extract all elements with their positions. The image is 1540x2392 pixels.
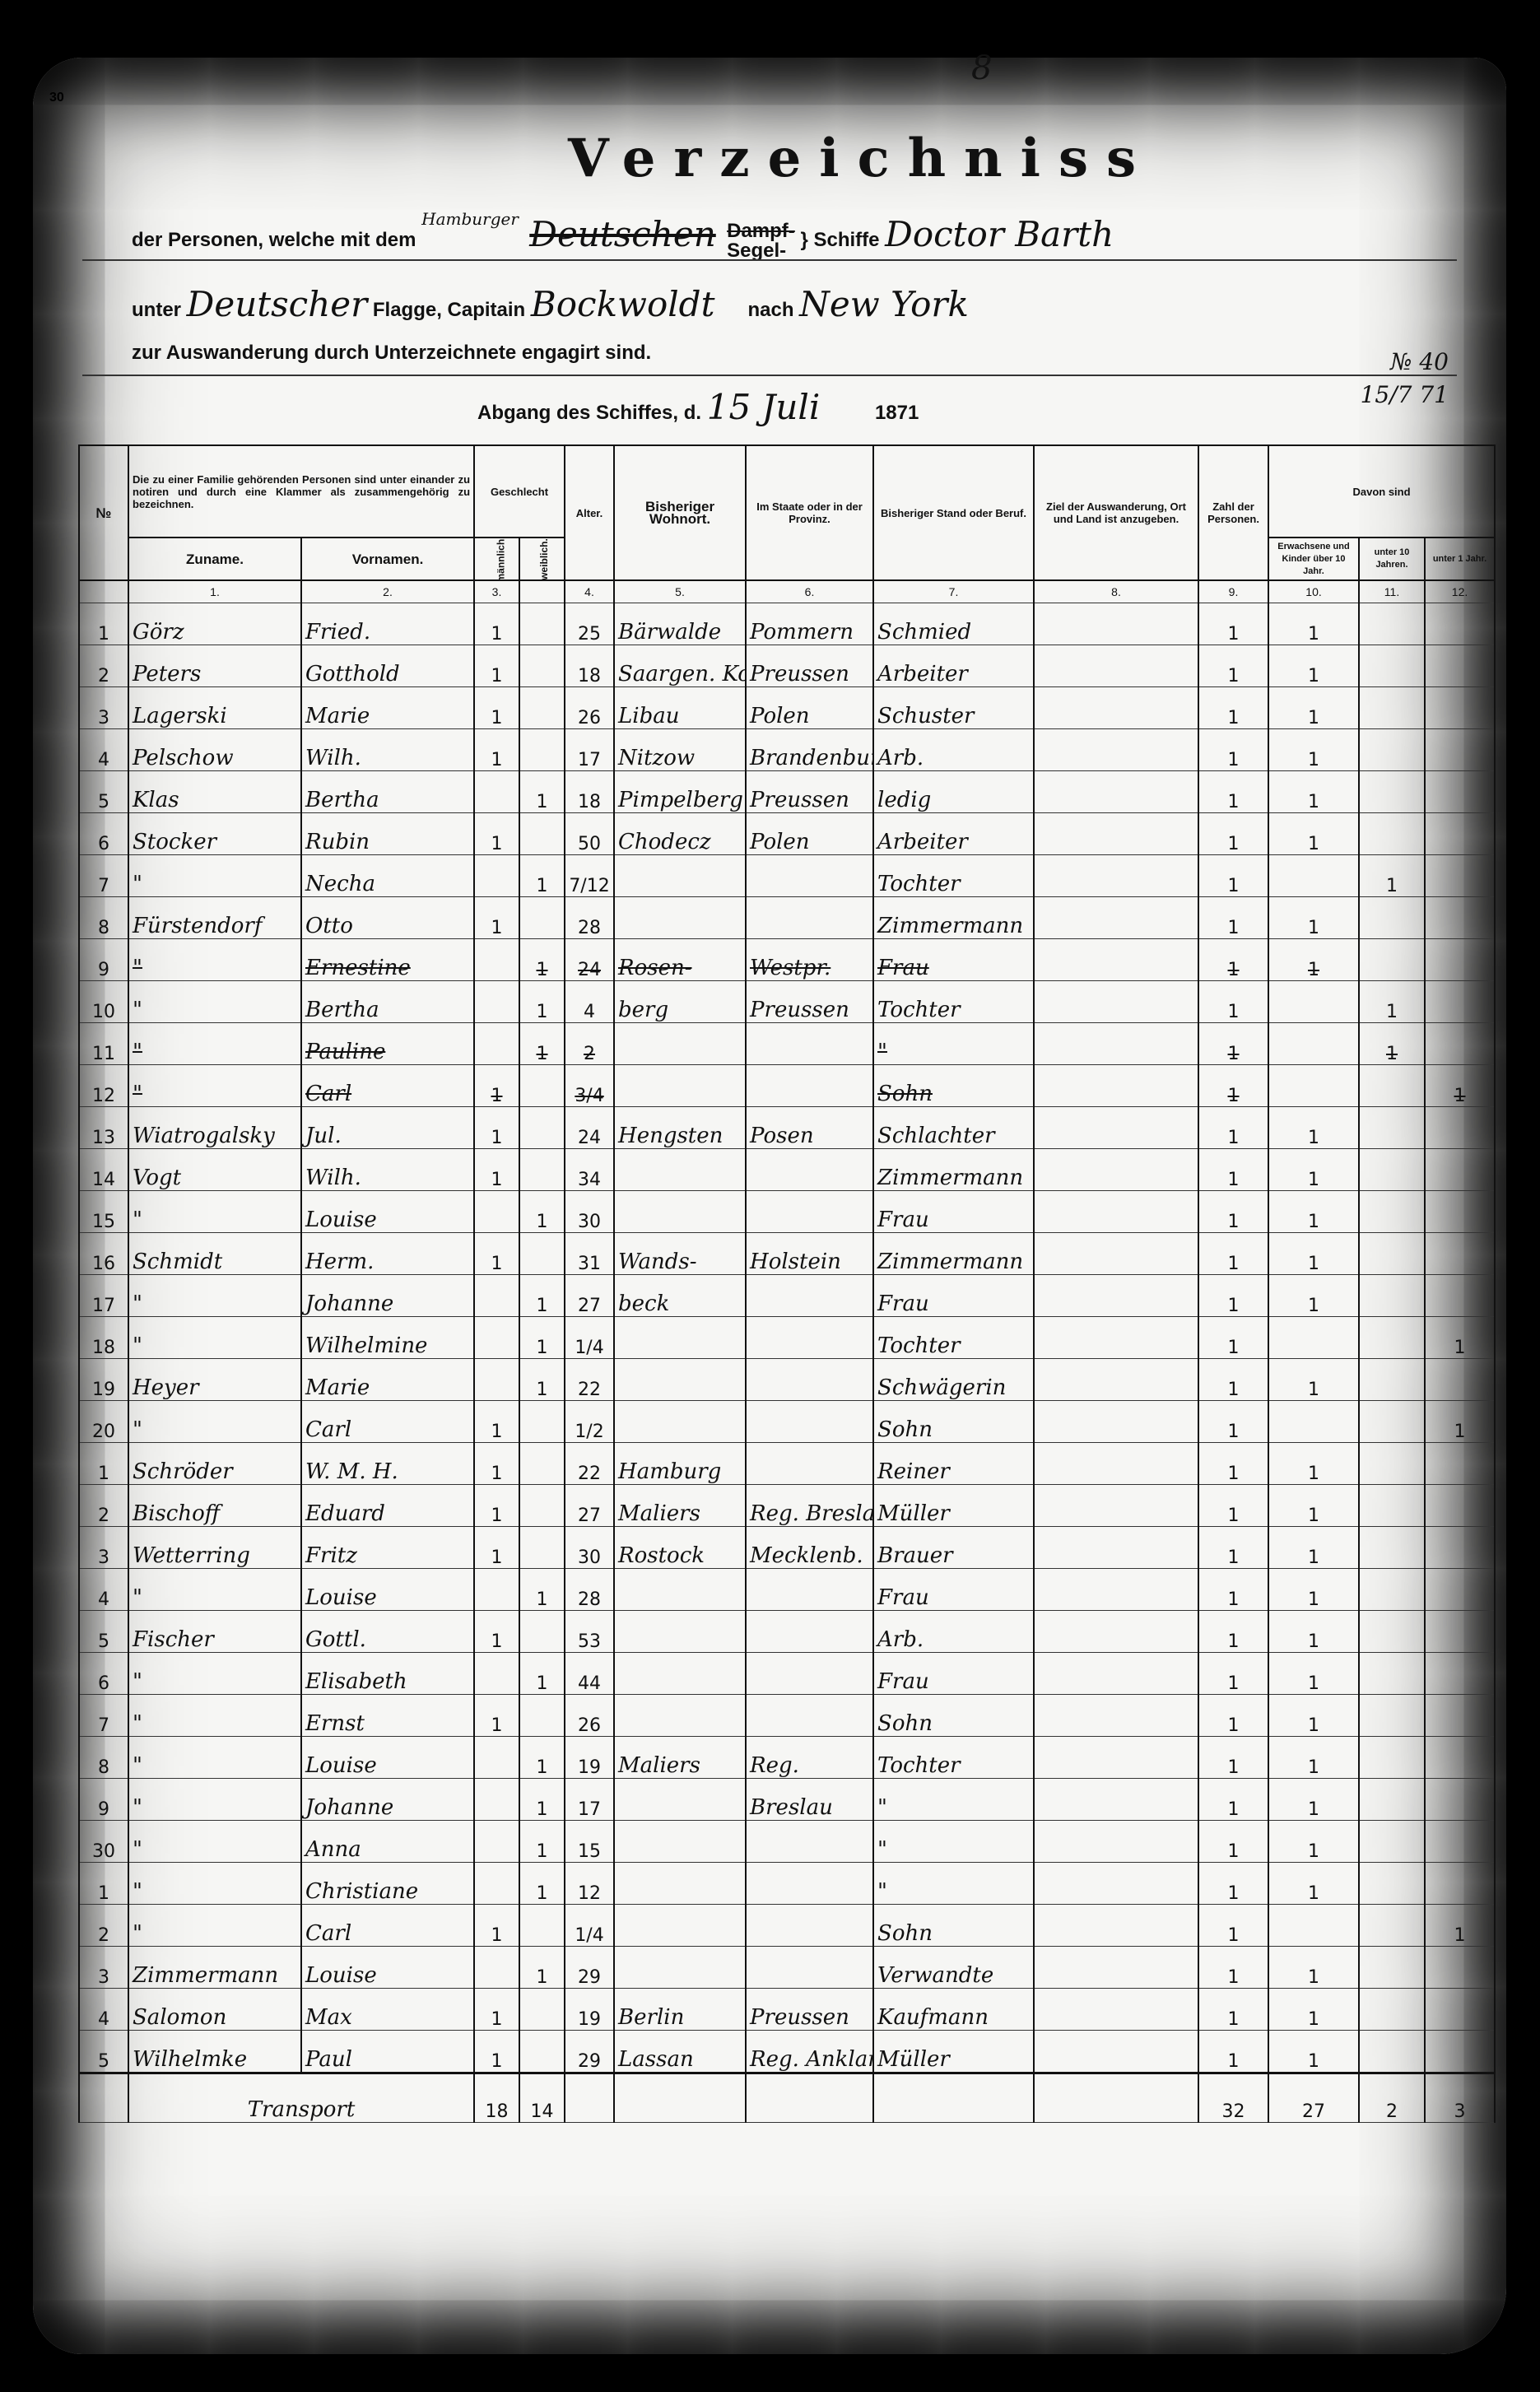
row-number: 7 xyxy=(79,1695,128,1737)
adults-count xyxy=(1268,1023,1359,1065)
age: 44 xyxy=(565,1653,614,1695)
row-number: 1 xyxy=(79,1443,128,1485)
under10-count xyxy=(1359,939,1425,981)
row-number: 9 xyxy=(79,1779,128,1821)
female-mark: 1 xyxy=(519,1359,565,1401)
age: 29 xyxy=(565,2031,614,2073)
under1-count xyxy=(1425,1569,1495,1611)
transport-label: Transport xyxy=(128,2073,474,2123)
under1-count xyxy=(1425,897,1495,939)
person-count: 1 xyxy=(1198,1653,1268,1695)
male-mark xyxy=(474,1275,519,1317)
row-number: 4 xyxy=(79,1989,128,2031)
surname: " xyxy=(128,1191,301,1233)
under1-count xyxy=(1425,1023,1495,1065)
female-mark: 1 xyxy=(519,1191,565,1233)
under10-count xyxy=(1359,1065,1425,1107)
under1-count xyxy=(1425,645,1495,687)
under1-count xyxy=(1425,2031,1495,2073)
ship-line: der Personen, welche mit dem Hamburger D… xyxy=(132,214,1114,261)
state xyxy=(746,1905,873,1947)
state: Breslau xyxy=(746,1779,873,1821)
age: 7/12 xyxy=(565,855,614,897)
under1-count xyxy=(1425,1359,1495,1401)
given-name: Louise xyxy=(301,1191,474,1233)
destination xyxy=(1034,1233,1198,1275)
given-name: Fritz xyxy=(301,1527,474,1569)
person-count: 1 xyxy=(1198,1233,1268,1275)
state: Polen xyxy=(746,687,873,729)
occupation: Sohn xyxy=(873,1065,1034,1107)
occupation: Schwägerin xyxy=(873,1359,1034,1401)
col-residence: Bisheriger Wohnort. xyxy=(614,445,746,580)
person-count: 1 xyxy=(1198,645,1268,687)
surname: " xyxy=(128,1401,301,1443)
col-occupation: Bisheriger Stand oder Beruf. xyxy=(873,445,1034,580)
destination-port: New York xyxy=(799,284,969,324)
table-row: 9"Johanne117Breslau"11 xyxy=(79,1779,1495,1821)
row-number: 2 xyxy=(79,645,128,687)
person-count: 1 xyxy=(1198,1065,1268,1107)
occupation: Schuster xyxy=(873,687,1034,729)
adults-count: 1 xyxy=(1268,687,1359,729)
surname: " xyxy=(128,1023,301,1065)
table-row: 1SchröderW. M. H.122HamburgReiner11 xyxy=(79,1443,1495,1485)
male-mark: 1 xyxy=(474,1443,519,1485)
destination xyxy=(1034,645,1198,687)
departure-date: 15 Juli xyxy=(707,387,821,427)
reference-note: № 40 15/7 71 xyxy=(1361,346,1449,412)
destination xyxy=(1034,1317,1198,1359)
adults-count xyxy=(1268,855,1359,897)
person-count: 1 xyxy=(1198,1863,1268,1905)
given-name: Johanne xyxy=(301,1779,474,1821)
age: 19 xyxy=(565,1737,614,1779)
flag-value: Deutscher xyxy=(187,284,368,324)
surname: " xyxy=(128,1821,301,1863)
under10-count xyxy=(1359,1863,1425,1905)
person-count: 1 xyxy=(1198,1569,1268,1611)
male-mark: 1 xyxy=(474,1989,519,2031)
residence xyxy=(614,1569,746,1611)
destination xyxy=(1034,939,1198,981)
surname: Görz xyxy=(128,603,301,645)
table-row: 9"Ernestine124Rosen-Westpr.Frau11 xyxy=(79,939,1495,981)
under1-count xyxy=(1425,771,1495,813)
residence: Libau xyxy=(614,687,746,729)
male-mark xyxy=(474,1737,519,1779)
female-mark xyxy=(519,1401,565,1443)
adults-count: 1 xyxy=(1268,1863,1359,1905)
age: 29 xyxy=(565,1947,614,1989)
adults-count: 1 xyxy=(1268,1947,1359,1989)
surname: Lagerski xyxy=(128,687,301,729)
under1-count xyxy=(1425,1611,1495,1653)
male-mark: 1 xyxy=(474,1611,519,1653)
male-mark xyxy=(474,1191,519,1233)
under1-count xyxy=(1425,1779,1495,1821)
female-mark: 1 xyxy=(519,1317,565,1359)
destination xyxy=(1034,1695,1198,1737)
row-number: 12 xyxy=(79,1065,128,1107)
given-name: Wilh. xyxy=(301,1149,474,1191)
residence: berg xyxy=(614,981,746,1023)
surname: " xyxy=(128,1317,301,1359)
female-mark: 1 xyxy=(519,771,565,813)
row-number: 10 xyxy=(79,981,128,1023)
state xyxy=(746,1359,873,1401)
female-mark xyxy=(519,1233,565,1275)
destination xyxy=(1034,813,1198,855)
passenger-rows: 1GörzFried.125BärwaldePommernSchmied112P… xyxy=(79,603,1495,2073)
surname: Salomon xyxy=(128,1989,301,2031)
state: Westpr. xyxy=(746,939,873,981)
destination xyxy=(1034,1359,1198,1401)
female-mark: 1 xyxy=(519,855,565,897)
occupation: Tochter xyxy=(873,1737,1034,1779)
destination xyxy=(1034,1107,1198,1149)
residence xyxy=(614,1695,746,1737)
destination xyxy=(1034,603,1198,645)
occupation: Arbeiter xyxy=(873,813,1034,855)
column-number-row: 1.2. 3.4. 5.6.7. 8.9.10. 11.12. xyxy=(79,580,1495,603)
destination xyxy=(1034,1611,1198,1653)
under1-count xyxy=(1425,1233,1495,1275)
row-number: 4 xyxy=(79,729,128,771)
residence xyxy=(614,1821,746,1863)
table-row: 30"Anna115"11 xyxy=(79,1821,1495,1863)
under10-count xyxy=(1359,1737,1425,1779)
under1-count xyxy=(1425,1947,1495,1989)
age: 27 xyxy=(565,1275,614,1317)
residence: Maliers xyxy=(614,1485,746,1527)
under10-count xyxy=(1359,1233,1425,1275)
ship-line-prefix: der Personen, welche mit dem xyxy=(132,229,416,251)
col-female: weiblich. xyxy=(519,538,565,580)
under10-count xyxy=(1359,771,1425,813)
person-count: 1 xyxy=(1198,2031,1268,2073)
row-number: 6 xyxy=(79,1653,128,1695)
under10-count xyxy=(1359,1905,1425,1947)
col-state: Im Staate oder in der Provinz. xyxy=(746,445,873,580)
person-count: 1 xyxy=(1198,1989,1268,2031)
flag-line: unter Deutscher Flagge, Capitain Bockwol… xyxy=(132,284,969,324)
destination xyxy=(1034,687,1198,729)
table-row: 18"Wilhelmine11/4Tochter11 xyxy=(79,1317,1495,1359)
surname: Schmidt xyxy=(128,1233,301,1275)
person-count: 1 xyxy=(1198,771,1268,813)
row-number: 3 xyxy=(79,1947,128,1989)
state xyxy=(746,897,873,939)
state xyxy=(746,1653,873,1695)
destination xyxy=(1034,1569,1198,1611)
occupation: Müller xyxy=(873,2031,1034,2073)
under10-count xyxy=(1359,1443,1425,1485)
table-row: 3ZimmermannLouise129Verwandte11 xyxy=(79,1947,1495,1989)
female-mark: 1 xyxy=(519,981,565,1023)
adults-count: 1 xyxy=(1268,1779,1359,1821)
adults-count xyxy=(1268,1065,1359,1107)
person-count: 1 xyxy=(1198,1905,1268,1947)
row-number: 3 xyxy=(79,687,128,729)
male-mark xyxy=(474,1653,519,1695)
under10-count xyxy=(1359,1821,1425,1863)
under10-count xyxy=(1359,2031,1425,2073)
passenger-register-table: № Die zu einer Familie gehörenden Person… xyxy=(78,444,1496,2123)
under10-count xyxy=(1359,1527,1425,1569)
state xyxy=(746,1947,873,1989)
male-mark: 1 xyxy=(474,729,519,771)
occupation: Arb. xyxy=(873,729,1034,771)
age: 17 xyxy=(565,1779,614,1821)
residence xyxy=(614,1653,746,1695)
destination xyxy=(1034,855,1198,897)
person-count: 1 xyxy=(1198,1695,1268,1737)
given-name: Jul. xyxy=(301,1107,474,1149)
under1-count xyxy=(1425,1443,1495,1485)
adults-count: 1 xyxy=(1268,1149,1359,1191)
under1-count xyxy=(1425,1821,1495,1863)
person-count: 1 xyxy=(1198,1737,1268,1779)
under1-count xyxy=(1425,1863,1495,1905)
residence: Bärwalde xyxy=(614,603,746,645)
age: 18 xyxy=(565,645,614,687)
adults-count: 1 xyxy=(1268,729,1359,771)
male-mark: 1 xyxy=(474,1527,519,1569)
age: 1/4 xyxy=(565,1317,614,1359)
female-mark xyxy=(519,1695,565,1737)
female-mark: 1 xyxy=(519,1779,565,1821)
under10-count xyxy=(1359,645,1425,687)
state: Reg. Anklam xyxy=(746,2031,873,2073)
male-mark xyxy=(474,1317,519,1359)
state xyxy=(746,1317,873,1359)
destination xyxy=(1034,981,1198,1023)
female-mark xyxy=(519,1149,565,1191)
total-female: 14 xyxy=(519,2073,565,2123)
destination xyxy=(1034,729,1198,771)
destination xyxy=(1034,1779,1198,1821)
adults-count: 1 xyxy=(1268,1989,1359,2031)
surname: " xyxy=(128,1065,301,1107)
row-number: 6 xyxy=(79,813,128,855)
residence xyxy=(614,855,746,897)
departure-year: 1871 xyxy=(875,402,919,424)
given-name: Elisabeth xyxy=(301,1653,474,1695)
surname: Fischer xyxy=(128,1611,301,1653)
person-count: 1 xyxy=(1198,1191,1268,1233)
header-rule xyxy=(82,259,1457,261)
state: Reg. xyxy=(746,1737,873,1779)
under1-count xyxy=(1425,1653,1495,1695)
row-number: 1 xyxy=(79,603,128,645)
given-name: Otto xyxy=(301,897,474,939)
occupation: Schmied xyxy=(873,603,1034,645)
destination xyxy=(1034,1443,1198,1485)
under10-count: 1 xyxy=(1359,855,1425,897)
page-number: 30 xyxy=(49,91,64,105)
state: Preussen xyxy=(746,771,873,813)
surname: " xyxy=(128,1275,301,1317)
state xyxy=(746,1275,873,1317)
age: 30 xyxy=(565,1527,614,1569)
table-row: 11"Pauline12"11 xyxy=(79,1023,1495,1065)
destination xyxy=(1034,1905,1198,1947)
given-name: Louise xyxy=(301,1569,474,1611)
under10-count xyxy=(1359,1569,1425,1611)
person-count: 1 xyxy=(1198,1611,1268,1653)
residence: Berlin xyxy=(614,1989,746,2031)
occupation: Kaufmann xyxy=(873,1989,1034,2031)
occupation: Zimmermann xyxy=(873,1149,1034,1191)
age: 1/4 xyxy=(565,1905,614,1947)
table-row: 8FürstendorfOtto128Zimmermann11 xyxy=(79,897,1495,939)
state: Posen xyxy=(746,1107,873,1149)
header-rule-2 xyxy=(82,375,1457,376)
given-name: W. M. H. xyxy=(301,1443,474,1485)
adults-count: 1 xyxy=(1268,1275,1359,1317)
under1-count xyxy=(1425,1737,1495,1779)
female-mark xyxy=(519,1611,565,1653)
occupation: Reiner xyxy=(873,1443,1034,1485)
age: 50 xyxy=(565,813,614,855)
occupation: Verwandte xyxy=(873,1947,1034,1989)
residence xyxy=(614,1149,746,1191)
surname: " xyxy=(128,1695,301,1737)
top-mark: 8 xyxy=(971,49,992,87)
destination xyxy=(1034,1401,1198,1443)
under10-count xyxy=(1359,813,1425,855)
residence xyxy=(614,1065,746,1107)
surname: Wilhelmke xyxy=(128,2031,301,2073)
female-mark xyxy=(519,2031,565,2073)
under10-count xyxy=(1359,1485,1425,1527)
adults-count xyxy=(1268,1401,1359,1443)
under1-count: 1 xyxy=(1425,1905,1495,1947)
person-count: 1 xyxy=(1198,1275,1268,1317)
under10-count xyxy=(1359,687,1425,729)
under10-count xyxy=(1359,1779,1425,1821)
age: 28 xyxy=(565,897,614,939)
col-family-note: Die zu einer Familie gehörenden Personen… xyxy=(128,445,474,538)
state: Polen xyxy=(746,813,873,855)
occupation: Tochter xyxy=(873,855,1034,897)
table-row: 5WilhelmkePaul129LassanReg. AnklamMüller… xyxy=(79,2031,1495,2073)
adults-count xyxy=(1268,1905,1359,1947)
female-mark: 1 xyxy=(519,1863,565,1905)
row-number: 9 xyxy=(79,939,128,981)
male-mark xyxy=(474,1569,519,1611)
state xyxy=(746,1149,873,1191)
row-number: 8 xyxy=(79,897,128,939)
row-number: 5 xyxy=(79,2031,128,2073)
female-mark: 1 xyxy=(519,1821,565,1863)
given-name: Johanne xyxy=(301,1275,474,1317)
given-name: Anna xyxy=(301,1821,474,1863)
adults-count: 1 xyxy=(1268,1821,1359,1863)
male-mark xyxy=(474,981,519,1023)
residence xyxy=(614,1863,746,1905)
residence xyxy=(614,1905,746,1947)
state xyxy=(746,1821,873,1863)
under10-count xyxy=(1359,1989,1425,2031)
row-number: 20 xyxy=(79,1401,128,1443)
surname: Wetterring xyxy=(128,1527,301,1569)
residence xyxy=(614,1023,746,1065)
state: Mecklenb. xyxy=(746,1527,873,1569)
surname: " xyxy=(128,855,301,897)
surname: Zimmermann xyxy=(128,1947,301,1989)
person-count: 1 xyxy=(1198,1443,1268,1485)
surname: Peters xyxy=(128,645,301,687)
person-count: 1 xyxy=(1198,1947,1268,1989)
given-name: Wilh. xyxy=(301,729,474,771)
row-number: 15 xyxy=(79,1191,128,1233)
ship-type-options: Dampf- Segel- xyxy=(727,221,795,261)
adults-count: 1 xyxy=(1268,1191,1359,1233)
occupation: Brauer xyxy=(873,1527,1034,1569)
age: 22 xyxy=(565,1359,614,1401)
occupation: Schlachter xyxy=(873,1107,1034,1149)
occupation: Zimmermann xyxy=(873,897,1034,939)
under10-count xyxy=(1359,1695,1425,1737)
occupation: " xyxy=(873,1821,1034,1863)
adults-count: 1 xyxy=(1268,645,1359,687)
document-title: Verzeichniss xyxy=(568,128,1154,189)
surname: " xyxy=(128,1569,301,1611)
under1-count: 1 xyxy=(1425,1065,1495,1107)
row-number: 16 xyxy=(79,1233,128,1275)
female-mark: 1 xyxy=(519,1737,565,1779)
residence: Hengsten xyxy=(614,1107,746,1149)
under1-count xyxy=(1425,1485,1495,1527)
state xyxy=(746,1611,873,1653)
row-number: 5 xyxy=(79,1611,128,1653)
under1-count xyxy=(1425,1695,1495,1737)
female-mark xyxy=(519,813,565,855)
female-mark xyxy=(519,1905,565,1947)
col-surname: Zuname. xyxy=(128,538,301,580)
occupation: Sohn xyxy=(873,1401,1034,1443)
transport-total-row: Transport 18 14 32 27 2 3 xyxy=(79,2073,1495,2123)
col-under1: unter 1 Jahr. xyxy=(1425,538,1495,580)
table-row: 10"Bertha14bergPreussenTochter11 xyxy=(79,981,1495,1023)
surname: " xyxy=(128,1737,301,1779)
table-row: 4PelschowWilh.117NitzowBrandenburgArb.11 xyxy=(79,729,1495,771)
destination xyxy=(1034,1527,1198,1569)
person-count: 1 xyxy=(1198,603,1268,645)
state xyxy=(746,1569,873,1611)
male-mark: 1 xyxy=(474,813,519,855)
table-row: 2"Carl11/4Sohn11 xyxy=(79,1905,1495,1947)
residence: Chodecz xyxy=(614,813,746,855)
under1-count xyxy=(1425,729,1495,771)
adults-count: 1 xyxy=(1268,603,1359,645)
under10-count xyxy=(1359,729,1425,771)
given-name: Gottl. xyxy=(301,1611,474,1653)
col-age: Alter. xyxy=(565,445,614,580)
destination xyxy=(1034,1191,1198,1233)
state xyxy=(746,1191,873,1233)
surname: " xyxy=(128,1905,301,1947)
age: 27 xyxy=(565,1485,614,1527)
col-given: Vornamen. xyxy=(301,538,474,580)
residence xyxy=(614,1359,746,1401)
age: 22 xyxy=(565,1443,614,1485)
register-page: 30 8 Verzeichniss der Personen, welche m… xyxy=(33,58,1506,2354)
occupation: Frau xyxy=(873,939,1034,981)
under10-count xyxy=(1359,1107,1425,1149)
